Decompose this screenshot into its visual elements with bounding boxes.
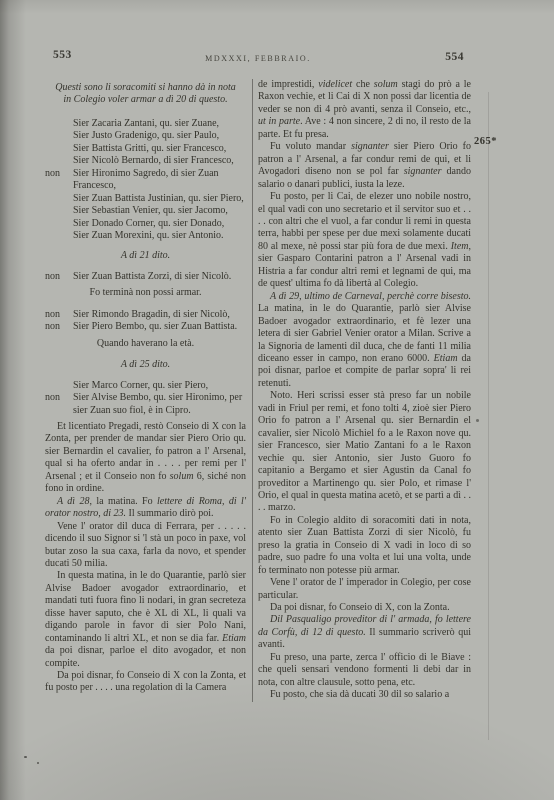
body-text: Fu posto, che sia dà ducati 30 dil so sa… bbox=[270, 689, 449, 700]
soracomiti-heading: Questi sono li soracomiti si hanno dà in… bbox=[45, 82, 246, 107]
paragraph: Da poi disnar, fo Conseio di X, con la Z… bbox=[258, 602, 471, 614]
name-list: nonSier Zuan Battista Zorzi, di sier Nic… bbox=[45, 271, 246, 283]
date-heading: A dì 25 dito. bbox=[45, 359, 246, 371]
ink-speck bbox=[37, 762, 39, 764]
name-line: Sier Justo Gradenigo, qu. sier Paulo, bbox=[45, 130, 246, 142]
name-line: Sier Marco Corner, qu. sier Piero, bbox=[45, 380, 246, 392]
name-line: Sier Zacaria Zantani, qu. sier Zuane, bbox=[45, 118, 246, 130]
left-column: Questi sono li soracomiti si hanno dà in… bbox=[45, 79, 246, 702]
name-list: Sier Marco Corner, qu. sier Piero,nonSie… bbox=[45, 380, 246, 417]
paragraph: Noto. Heri scrissi esser stà preso far u… bbox=[258, 390, 471, 515]
page-number-right: 554 bbox=[445, 51, 464, 63]
paragraph: Fu posto, che sia dà ducati 30 dil so sa… bbox=[258, 689, 471, 701]
paragraph: Fu voluto mandar signanter sier Piero Or… bbox=[258, 141, 471, 191]
name-line: Sier Donado Corner, qu. sier Donado, bbox=[45, 218, 246, 230]
non-marker: non bbox=[45, 392, 60, 404]
name-line: Sier Battista Gritti, qu. sier Francesco… bbox=[45, 143, 246, 155]
column-divider bbox=[252, 79, 253, 702]
name-text: Sier Alvise Bembo, qu. sier Hironimo, pe… bbox=[73, 392, 242, 415]
body-text: Vene l' orator de l' imperador in Colegi… bbox=[258, 577, 471, 600]
paragraph: Fu posto, per li Cai, de elezer uno nobi… bbox=[258, 191, 471, 291]
italic-text: signanter bbox=[404, 166, 442, 177]
name-text: Sier Zuan Morexini, qu. sier Antonio. bbox=[73, 230, 224, 241]
italic-text: videlicet bbox=[318, 79, 352, 90]
non-marker: non bbox=[45, 271, 60, 283]
name-line: nonSier Piero Bembo, qu. sier Zuan Batti… bbox=[45, 321, 246, 333]
name-line: nonSier Alvise Bembo, qu. sier Hironimo,… bbox=[45, 392, 246, 417]
name-text: Sier Donado Corner, qu. sier Donado, bbox=[73, 218, 224, 229]
paragraph: In questa matina, in le do Quarantie, pa… bbox=[45, 570, 246, 670]
body-text: da poi disnar, parloe el dito avogador, … bbox=[45, 645, 246, 668]
name-text: Sier Zacaria Zantani, qu. sier Zuane, bbox=[73, 118, 219, 129]
paragraph: de imprestidi, videlicet che solum stagi… bbox=[258, 79, 471, 141]
name-line: nonSier Zuan Battista Zorzi, di sier Nic… bbox=[45, 271, 246, 283]
heading-line: Questi sono li soracomiti si hanno dà in… bbox=[45, 82, 246, 94]
date-heading: A dì 21 dito. bbox=[45, 250, 246, 262]
name-text: Sier Nicolò Bernardo, di sier Francesco, bbox=[73, 155, 234, 166]
italic-text: A dì 29, ultimo de Carneval, perchè corr… bbox=[270, 291, 471, 302]
name-line: Sier Zuan Morexini, qu. sier Antonio. bbox=[45, 230, 246, 242]
italic-text: Item bbox=[451, 241, 469, 252]
name-text: Sier Rimondo Bragadin, di sier Nicolò, bbox=[73, 309, 230, 320]
name-text: Sier Justo Gradenigo, qu. sier Paulo, bbox=[73, 130, 219, 141]
page-edge-line bbox=[488, 92, 489, 740]
non-marker: non bbox=[45, 309, 60, 321]
ink-speck bbox=[476, 419, 479, 422]
italic-text: Etiam bbox=[434, 353, 458, 364]
paragraph: A dì 28, la matina. Fo lettere di Roma, … bbox=[45, 496, 246, 521]
italic-text: A dì 28 bbox=[57, 496, 89, 507]
page-number-left: 553 bbox=[53, 49, 72, 61]
centered-note: Fo terminà non possi armar. bbox=[45, 287, 246, 299]
name-line: Sier Zuan Battista Justinian, qu. sier P… bbox=[45, 193, 246, 205]
name-line: Sier Sebastian Venier, qu. sier Jacomo, bbox=[45, 205, 246, 217]
name-list: Sier Zacaria Zantani, qu. sier Zuane,Sie… bbox=[45, 118, 246, 243]
body-text: Da poi disnar, fo Conseio di X con la Zo… bbox=[45, 670, 246, 693]
italic-text: signanter bbox=[351, 141, 389, 152]
italic-text: ut in parte bbox=[258, 116, 300, 127]
scanned-book-page: 553 MDXXXI, FEBBRAIO. 554 265* Questi so… bbox=[0, 0, 554, 800]
paragraph: Dil Pasqualigo proveditor di l' armada, … bbox=[258, 614, 471, 651]
name-text: Sier Zuan Battista Zorzi, di sier Nicolò… bbox=[73, 271, 231, 282]
name-text: Sier Marco Corner, qu. sier Piero, bbox=[73, 380, 208, 391]
ink-speck bbox=[24, 756, 27, 758]
body-text: de imprestidi, bbox=[258, 79, 318, 90]
text-block: Questi sono li soracomiti si hanno dà in… bbox=[45, 79, 471, 702]
body-text: In questa matina, in le do Quarantie, pa… bbox=[45, 570, 246, 643]
paragraph: Et licentiato Pregadi, restò Conseio di … bbox=[45, 421, 246, 496]
name-list: nonSier Rimondo Bragadin, di sier Nicolò… bbox=[45, 309, 246, 334]
italic-text: solum bbox=[374, 79, 398, 90]
name-text: Sier Zuan Battista Justinian, qu. sier P… bbox=[73, 193, 244, 204]
body-text: Fu posto, per li Cai, de elezer uno nobi… bbox=[258, 191, 471, 252]
non-marker: non bbox=[45, 321, 60, 333]
name-text: Sier Hironimo Sagredo, di sier Zuan Fran… bbox=[73, 168, 219, 191]
body-text: , la matina. Fo bbox=[89, 496, 157, 507]
heading-line: in Colegio voler armar a dì 20 di questo… bbox=[45, 94, 246, 106]
centered-note: Quando haverano la età. bbox=[45, 338, 246, 350]
italic-text: Etiam bbox=[222, 633, 246, 644]
right-column: de imprestidi, videlicet che solum stagi… bbox=[258, 79, 471, 702]
margin-note: 265* bbox=[474, 136, 497, 147]
paragraph: Fu preso, una parte, zerca l' officio di… bbox=[258, 652, 471, 689]
body-text: Il summario dirò poi. bbox=[126, 508, 214, 519]
body-text: Fu preso, una parte, zerca l' officio di… bbox=[258, 652, 471, 688]
body-text: Fo in Colegio aldito di soracomiti dati … bbox=[258, 515, 471, 576]
name-text: Sier Battista Gritti, qu. sier Francesco… bbox=[73, 143, 226, 154]
paragraph: Da poi disnar, fo Conseio di X con la Zo… bbox=[45, 670, 246, 695]
paragraph: Fo in Colegio aldito di soracomiti dati … bbox=[258, 515, 471, 577]
paragraph: Vene l' orator de l' imperador in Colegi… bbox=[258, 577, 471, 602]
running-title: MDXXXI, FEBBRAIO. bbox=[205, 54, 311, 63]
italic-text: solum bbox=[170, 471, 194, 482]
paragraph: A dì 29, ultimo de Carneval, perchè corr… bbox=[258, 291, 471, 391]
name-line: nonSier Hironimo Sagredo, di sier Zuan F… bbox=[45, 168, 246, 193]
non-marker: non bbox=[45, 168, 60, 180]
name-line: nonSier Rimondo Bragadin, di sier Nicolò… bbox=[45, 309, 246, 321]
body-text: che bbox=[352, 79, 374, 90]
running-header: 553 MDXXXI, FEBBRAIO. 554 bbox=[45, 49, 464, 65]
body-text: Noto. Heri scrissi esser stà preso far u… bbox=[258, 390, 471, 513]
body-text: Fu voluto mandar bbox=[270, 141, 351, 152]
paragraph: Vene l' orator dil duca di Ferrara, per … bbox=[45, 521, 246, 571]
body-text: Vene l' orator dil duca di Ferrara, per … bbox=[45, 521, 246, 569]
body-text: Da poi disnar, fo Conseio di X, con la Z… bbox=[270, 602, 450, 613]
name-text: Sier Sebastian Venier, qu. sier Jacomo, bbox=[73, 205, 228, 216]
name-line: Sier Nicolò Bernardo, di sier Francesco, bbox=[45, 155, 246, 167]
name-text: Sier Piero Bembo, qu. sier Zuan Battista… bbox=[73, 321, 237, 332]
